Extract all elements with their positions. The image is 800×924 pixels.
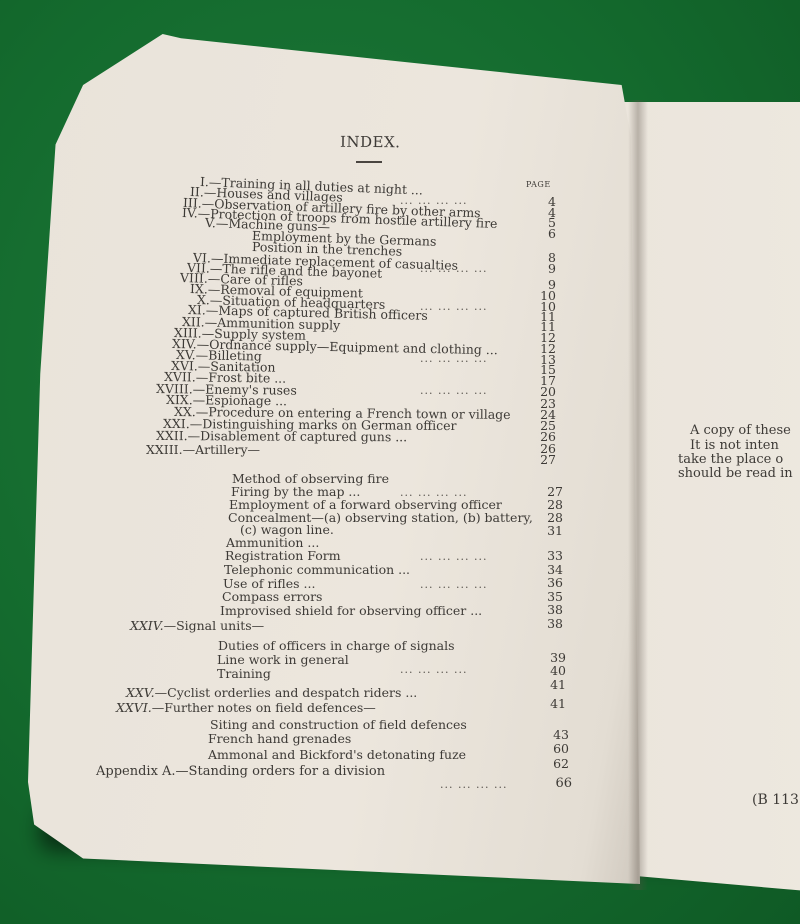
index-text: INDEX. PAGE I.—Training in all duties at… (0, 0, 800, 924)
page-column-header: PAGE (526, 180, 551, 189)
page-number: 31 (537, 523, 563, 538)
page-number: 6 (530, 226, 556, 241)
leader-dots: ... ... ... ... (440, 778, 507, 791)
leader-dots: ... ... ... ... (420, 352, 487, 365)
leader-dots: ... ... ... ... (400, 194, 467, 207)
page-number: 38 (537, 602, 563, 617)
index-subentry: Line work in general (217, 654, 349, 667)
page-number: 41 (540, 696, 566, 711)
index-entry: XXIV.—Signal units— (130, 620, 264, 633)
right-page-line: should be read in (678, 467, 793, 480)
page-number: 62 (543, 756, 569, 771)
index-subentry: Ammonal and Bickford's detonating fuze (208, 749, 466, 762)
leader-dots: ... ... ... ... (420, 578, 487, 591)
right-page-line: A copy of these (690, 424, 791, 437)
page-number: 27 (530, 452, 556, 467)
page-number: 40 (540, 663, 566, 678)
page-number: 33 (537, 548, 563, 563)
right-page-line: take the place o (678, 453, 783, 466)
index-entry: XXVI.—Further notes on field defences— (116, 702, 376, 715)
index-entry: XXIII.—Artillery— (146, 444, 260, 457)
page-number: 36 (537, 575, 563, 590)
leader-dots: ... ... ... ... (420, 262, 487, 275)
index-subentry: Telephonic communication ... (224, 564, 410, 577)
page-title: INDEX. (340, 133, 401, 152)
index-subentry: Compass errors (222, 591, 322, 604)
right-page-line: It is not inten (690, 439, 779, 452)
index-subentry: Siting and construction of field defence… (210, 719, 467, 732)
leader-dots: ... ... ... ... (420, 384, 487, 397)
appendix-entry: Appendix A.—Standing orders for a divisi… (96, 765, 385, 778)
footer-code: (B 113 (752, 793, 799, 807)
page-number: 9 (530, 261, 556, 276)
page-number: 43 (543, 727, 569, 742)
page-number: 66 (546, 776, 572, 791)
page-number: 41 (540, 677, 566, 692)
page-number: 60 (543, 741, 569, 756)
index-subentry: French hand grenades (208, 733, 351, 746)
index-subentry: Duties of officers in charge of signals (218, 640, 455, 653)
leader-dots: ... ... ... ... (400, 486, 467, 499)
leader-dots: ... ... ... ... (420, 300, 487, 313)
leader-dots: ... ... ... ... (420, 550, 487, 563)
title-rule (356, 161, 382, 163)
index-subentry: Training (217, 668, 271, 681)
page-number: 38 (537, 616, 563, 631)
index-subentry: Registration Form (225, 550, 341, 563)
index-entry: XXV.—Cyclist orderlies and despatch ride… (126, 687, 417, 700)
index-subentry: Improvised shield for observing officer … (220, 605, 482, 618)
leader-dots: ... ... ... ... (400, 663, 467, 676)
